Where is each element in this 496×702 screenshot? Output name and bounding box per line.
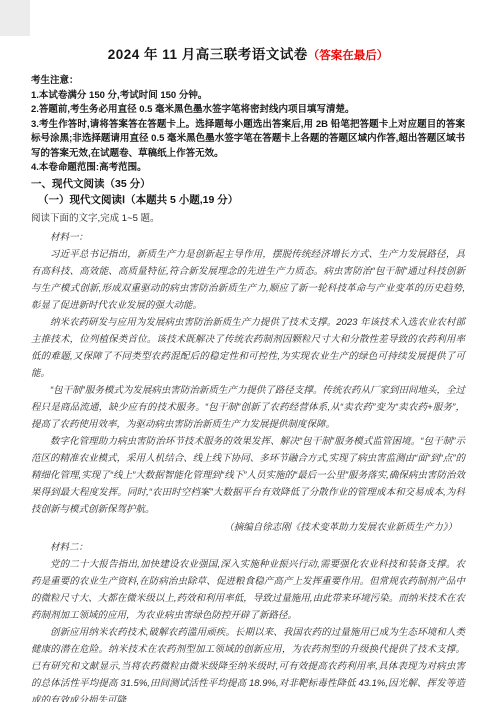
material-one-paragraph-4: 数字化管理助力病虫害防治环节技术服务的效果发挥、解决“包干制”服务模式监管困境。…: [31, 433, 465, 518]
page-title: 2024 年 11 月高三联考语文试卷（答案在最后）: [31, 46, 465, 65]
exam-paper-page: 2024 年 11 月高三联考语文试卷（答案在最后） 考生注意： 1.本试卷满分…: [0, 46, 496, 702]
notice-item-3: 3.考生作答时,请将答案答在答题卡上。选择题每小题选出答案后,用 2B 铅笔把答…: [31, 118, 465, 162]
material-one-paragraph-2: 纳米农药研发与应用为发展病虫害防治新质生产力提供了技术支撑。2023 年该技术入…: [31, 314, 465, 382]
notice-item-1: 1.本试卷满分 150 分,考试时间 150 分钟。: [31, 89, 465, 104]
material-one-citation: （摘编自徐志刚《技术变革助力发展农业新质生产力》）: [31, 519, 465, 536]
notice-heading: 考生注意：: [31, 74, 465, 89]
scan-artifact: [0, 0, 30, 36]
answer-location-note: （答案在最后）: [308, 50, 389, 62]
reading-instruction: 阅读下面的文字,完成 1~5 题。: [31, 211, 465, 226]
section-heading-modern-reading: 一、现代文阅读（35 分）: [31, 177, 465, 192]
subsection-heading-reading-one: （一）现代文阅读Ⅰ（本题共 5 小题,19 分）: [31, 193, 465, 208]
notice-item-2: 2.答题前,考生务必用直径 0.5 毫米黑色墨水签字笔将密封线内项目填写清楚。: [31, 103, 465, 118]
material-two-label: 材料二：: [31, 540, 465, 556]
material-two-paragraph-2: 创新应用纳米农药技术,破解农药滥用顽疾。长期以来、我国农药的过量施用已成为生态环…: [31, 624, 465, 702]
notice-item-4: 4.本卷命题范围:高考范围。: [31, 161, 465, 176]
exam-title-text: 2024 年 11 月高三联考语文试卷: [108, 47, 308, 62]
material-one-paragraph-3: “包干制”服务模式为发展病虫害防治新质生产力提供了路径支撑。传统农药从厂家到田间…: [31, 382, 465, 433]
material-one-paragraph-1: 习近平总书记指出，新质生产力是创新起主导作用，摆脱传统经济增长方式、生产力发展路…: [31, 246, 465, 314]
material-one-label: 材料一：: [31, 230, 465, 246]
material-two-paragraph-1: 党的二十大报告指出,加快建设农业强国,深入实施种业振兴行动,需要强化农业科技和装…: [31, 556, 465, 624]
